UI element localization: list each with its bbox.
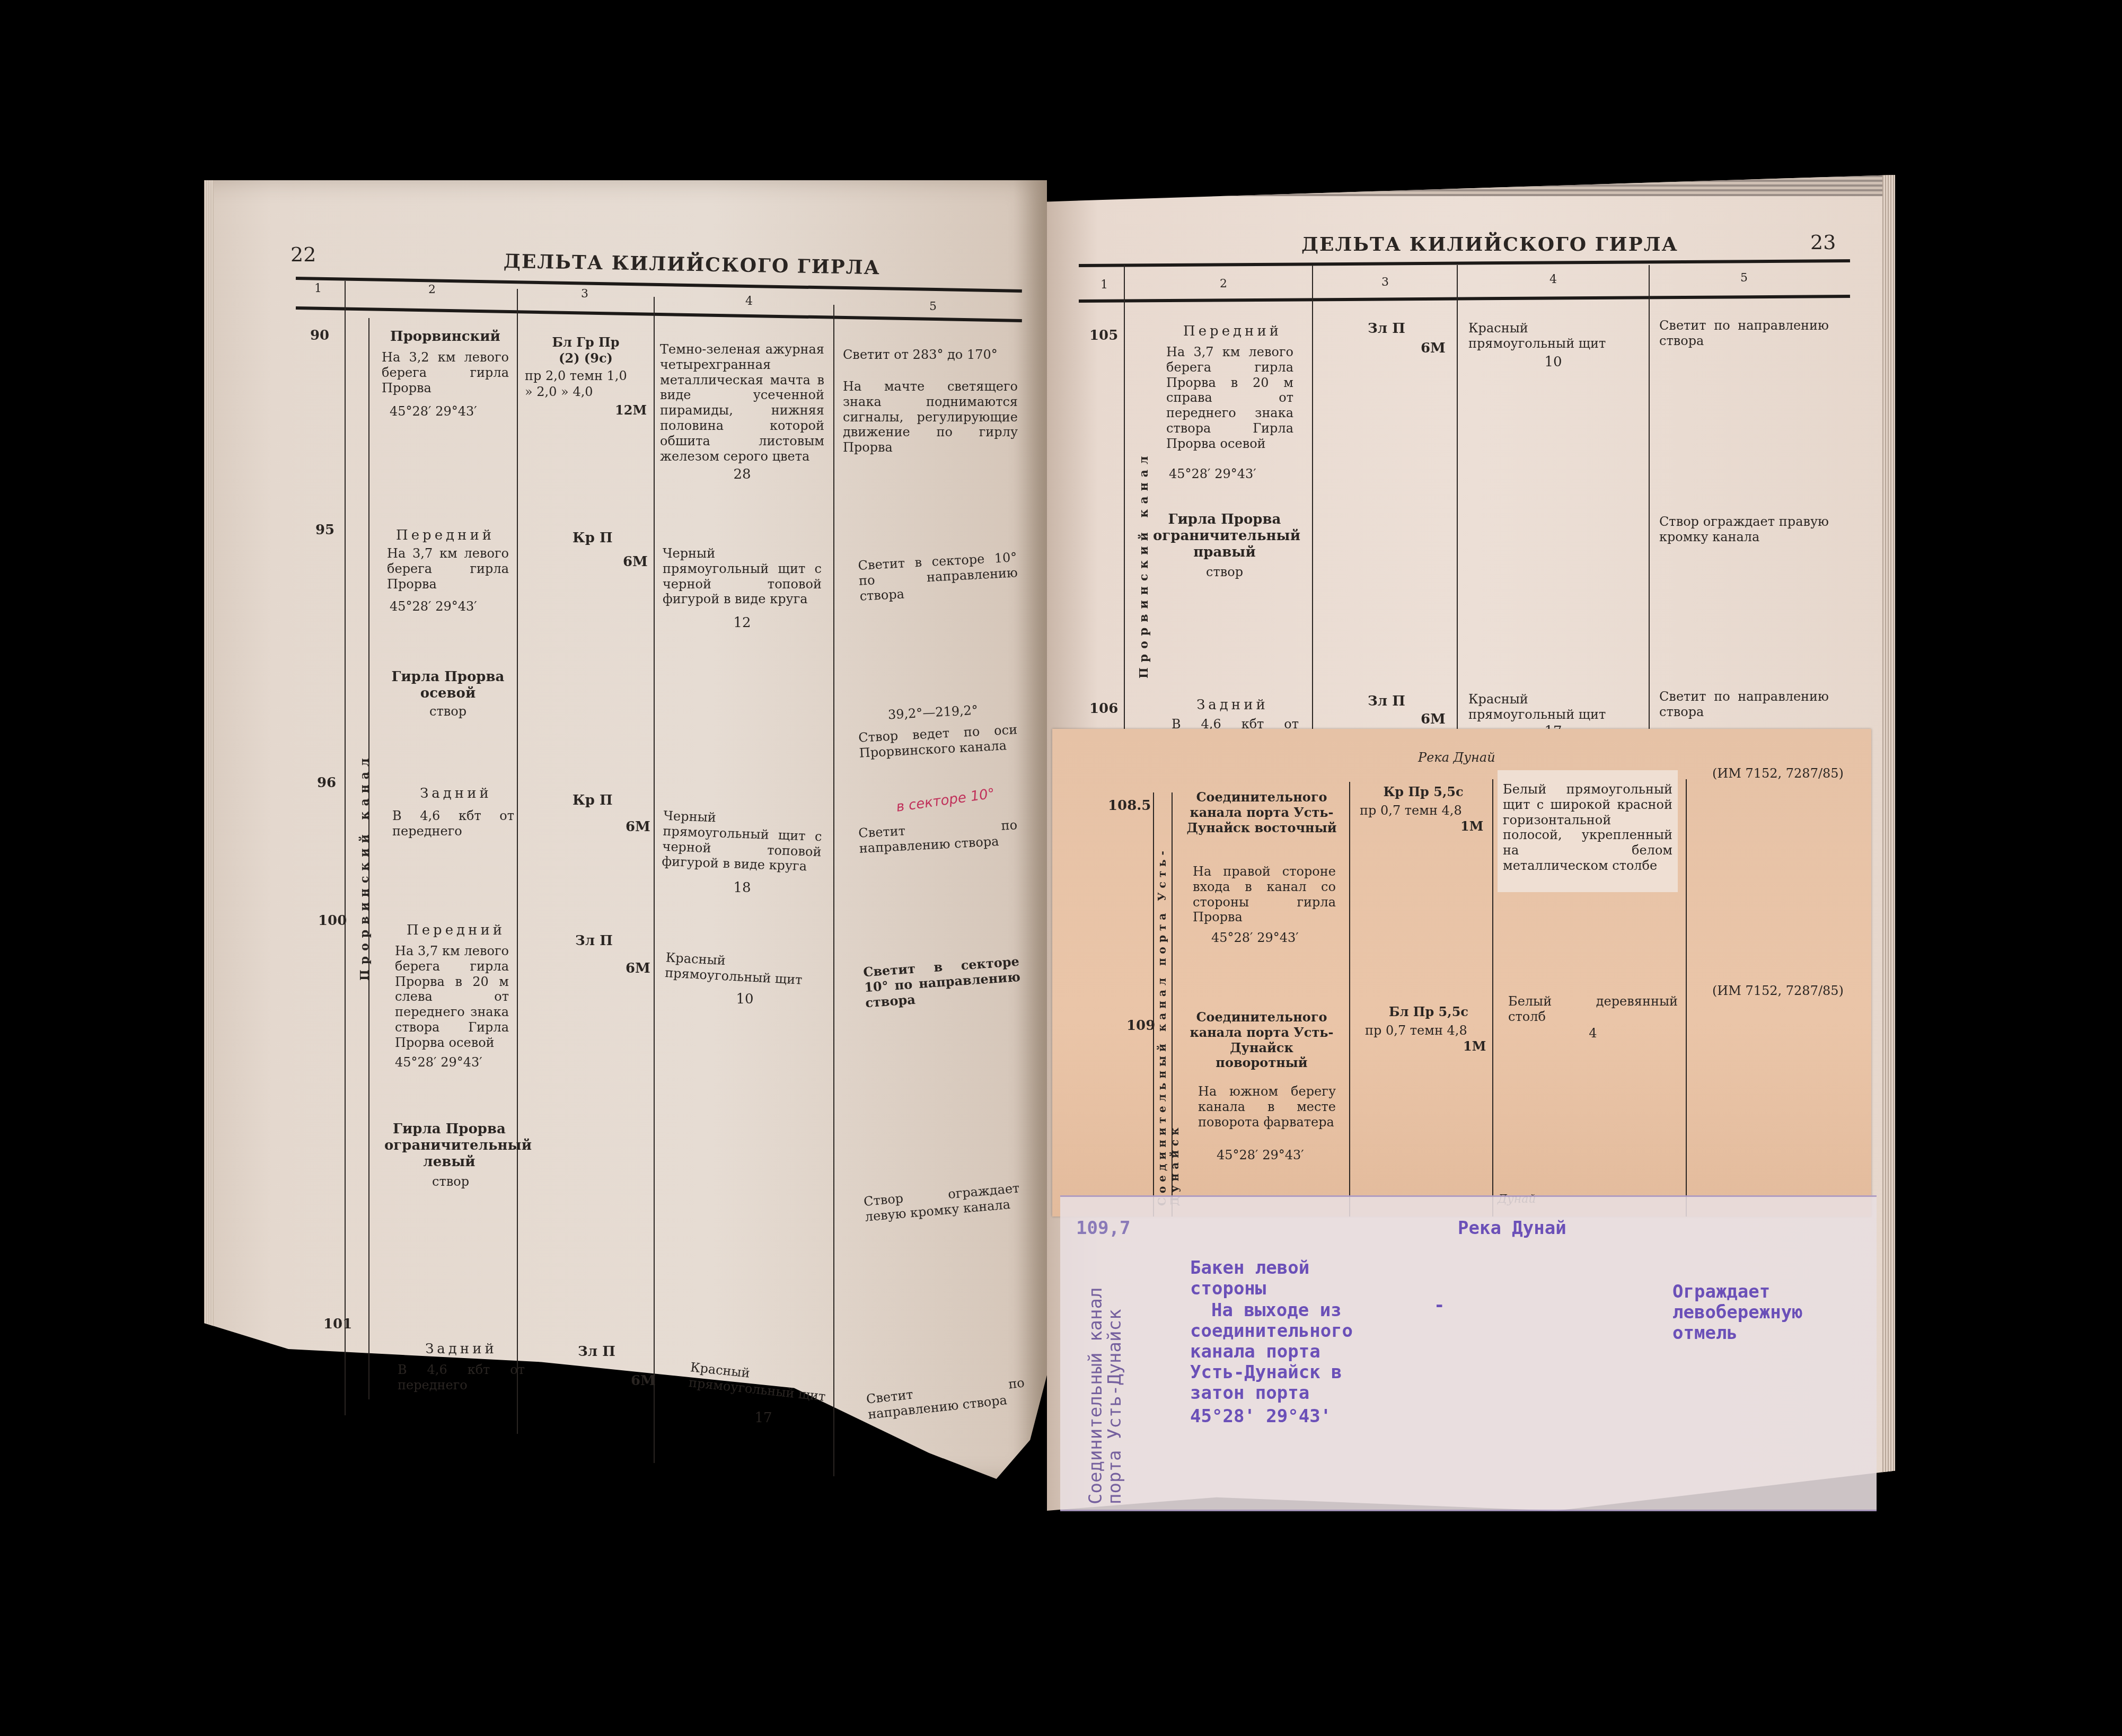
- column-divider: [1349, 782, 1350, 1217]
- section-label: Соединительный канал порта Усть-Дунайск: [1087, 1255, 1150, 1504]
- river-heading: Река Дунай: [1458, 1218, 1566, 1239]
- sign-name: Задний: [398, 1341, 525, 1358]
- column-divider: [1124, 265, 1125, 732]
- sign-name: Прорвинский: [382, 329, 509, 345]
- row-number: 90: [310, 328, 329, 343]
- column-divider: [833, 305, 834, 1476]
- river-heading: Река Дунай: [1418, 750, 1495, 765]
- light-characteristic: » 2,0 » 4,0: [525, 384, 652, 400]
- column-divider: [1153, 792, 1154, 1217]
- page-number-right: 23: [1810, 231, 1836, 254]
- row-number: 105: [1089, 328, 1118, 343]
- sign-height: 4: [1508, 1026, 1678, 1041]
- sign-location: На правой стороне входа в канал со сторо…: [1193, 864, 1336, 925]
- sign-name: Передний: [1166, 323, 1299, 340]
- coordinates: 45°28′ 29°43′: [390, 599, 512, 614]
- light-characteristic: пр 2,0 темн 1,0: [525, 368, 652, 384]
- sign-height: 10: [665, 991, 824, 1008]
- column-divider: [1649, 265, 1650, 732]
- page-stack-top: [1047, 175, 1895, 196]
- column-divider: [654, 297, 655, 1463]
- row-number: 96: [317, 775, 336, 791]
- section-label: Прорвинский канал: [358, 737, 372, 981]
- remark: Светит в секторе 10° по направлению ство…: [858, 550, 1019, 604]
- light-range: 6М: [626, 819, 650, 835]
- row-number: 109: [1126, 1018, 1155, 1034]
- light-characteristic: Бл Пр 5,5с: [1365, 1004, 1492, 1020]
- column-number: 2: [1213, 277, 1234, 290]
- light-range: 6М: [1421, 711, 1446, 728]
- light-range: 6М: [1421, 340, 1446, 357]
- coordinates: 45°28′ 29°43′: [395, 1055, 517, 1070]
- row-number: 100: [318, 913, 347, 929]
- remark: На мачте светящего знака поднимаются сиг…: [843, 379, 1018, 455]
- light-characteristic: (2) (9с): [522, 351, 649, 366]
- range-group-name: Гирла Прорва ограничительный правый: [1153, 512, 1296, 561]
- light-characteristic: Зл П: [1368, 693, 1405, 710]
- row-number: 109,7: [1076, 1218, 1130, 1239]
- coordinates: 45°28′ 29°43′: [390, 404, 512, 419]
- column-divider: [517, 289, 518, 1434]
- sign-name: Бакен левой стороны: [1190, 1258, 1354, 1299]
- range-group-type: створ: [1153, 565, 1296, 580]
- light-characteristic: Кр П: [573, 792, 612, 809]
- coordinates: 45°28' 29°43': [1190, 1406, 1365, 1427]
- column-divider: [1312, 265, 1313, 732]
- column-number: 3: [1375, 276, 1396, 289]
- range-group-name: Гирла Прорва ограничительный левый: [384, 1121, 514, 1171]
- column-divider: [345, 281, 346, 1415]
- remark: Светит от 283° до 170°: [843, 347, 1018, 363]
- light-range: 6М: [623, 554, 648, 570]
- row-number: 106: [1089, 701, 1118, 717]
- remark: Светит по направлению створа: [1659, 689, 1829, 720]
- light-characteristic: -: [1434, 1295, 1445, 1316]
- pasted-correction-slip: Река Дунай (ИМ 7152, 7287/85) Соединител…: [1052, 729, 1871, 1217]
- sign-location: На 3,7 км левого берега гирла Прорва в 2…: [1166, 345, 1293, 452]
- section-label: Прорвинский канал: [1137, 424, 1151, 678]
- light-characteristic: пр 0,7 темн 4,8: [1365, 1023, 1492, 1038]
- sign-location: В 4,6 кбт от переднего: [392, 808, 514, 839]
- column-number: 5: [922, 300, 944, 313]
- light-range: 6М: [626, 960, 650, 977]
- sign-description: Красный прямоугольный щит: [1468, 692, 1638, 722]
- sign-description: Белый деревянный столб: [1508, 994, 1678, 1025]
- sign-name: Передний: [382, 527, 509, 544]
- sign-height: 17: [684, 1410, 843, 1426]
- sign-description: Темно-зеленая ажурная четырехгранная мет…: [660, 342, 824, 464]
- sign-height: 10: [1468, 354, 1638, 371]
- notice-reference: (ИМ 7152, 7287/85): [1712, 983, 1844, 999]
- sign-location: На выходе из соединительного канала порт…: [1190, 1300, 1365, 1404]
- sign-name: Задний: [395, 786, 517, 802]
- sign-name: Соединительного канала порта Усть-Дунайс…: [1185, 790, 1339, 835]
- column-number: 4: [1543, 273, 1564, 286]
- sign-location: На 3,2 км левого берега гирла Прорва: [382, 350, 509, 395]
- open-book: 22 ДЕЛЬТА КИЛИЙСКОГО ГИРЛА 1 2 3 4 5 Про…: [0, 0, 2122, 1736]
- remark: Ограждает левобережную отмель: [1672, 1282, 1832, 1344]
- column-number: 5: [1733, 271, 1755, 285]
- sign-height: 12: [663, 615, 822, 631]
- column-divider: [1457, 265, 1458, 732]
- remark: Светит по направлению створа: [1659, 318, 1829, 349]
- sign-description: Красный прямоугольный щит: [1468, 321, 1638, 351]
- column-number: 1: [307, 282, 329, 295]
- column-number: 3: [574, 287, 595, 301]
- column-divider: [1686, 779, 1687, 1217]
- sign-location: На южном берегу канала в месте поворота …: [1198, 1084, 1336, 1130]
- sign-description: Черный прямоугольный щит с черной топово…: [662, 808, 823, 875]
- row-number: 108.5: [1108, 798, 1151, 814]
- sign-location: На 3,7 км левого берега гирла Прорва в 2…: [395, 944, 509, 1051]
- sign-height: 28: [660, 466, 824, 483]
- sign-name: Задний: [1166, 697, 1299, 713]
- notice-reference: (ИМ 7152, 7287/85): [1712, 766, 1844, 781]
- coordinates: 45°28′ 29°43′: [1211, 930, 1339, 946]
- row-number: 95: [315, 522, 334, 538]
- column-number: 2: [421, 283, 443, 296]
- light-characteristic: Зл П: [578, 1344, 615, 1360]
- light-characteristic: Бл Гр Пр: [522, 335, 649, 350]
- running-head-right: ДЕЛЬТА КИЛИЙСКОГО ГИРЛА: [1301, 233, 1678, 255]
- light-range: 12М: [615, 403, 647, 418]
- sign-location: В 4,6 кбт от переднего: [398, 1362, 525, 1393]
- column-number: 1: [1094, 278, 1115, 292]
- column-number: 4: [738, 295, 760, 308]
- sign-height: 18: [663, 880, 822, 896]
- sign-description: Белый прямоугольный щит с широкой красно…: [1503, 782, 1672, 874]
- sign-name: Передний: [392, 922, 520, 939]
- section-label: Соединительный канал порта Усть-Дунайск: [1156, 803, 1181, 1206]
- light-characteristic: пр 0,7 темн 4,8: [1360, 803, 1487, 818]
- page-stack-side: [1882, 175, 1895, 1511]
- range-group-type: створ: [387, 1174, 514, 1189]
- column-divider: [1492, 779, 1493, 1217]
- coordinates: 45°28′ 29°43′: [1169, 466, 1296, 482]
- light-characteristic: Кр Пр 5,5с: [1360, 785, 1487, 800]
- range-group-type: створ: [384, 704, 512, 719]
- light-characteristic: Зл П: [575, 933, 613, 949]
- light-range: 1М: [1460, 819, 1483, 834]
- light-characteristic: Кр П: [573, 530, 612, 547]
- row-number: 101: [323, 1316, 352, 1332]
- light-range: 6М: [631, 1373, 656, 1389]
- sign-location: На 3,7 км левого берега гирла Прорва: [387, 546, 509, 592]
- light-range: 1М: [1463, 1039, 1486, 1054]
- light-characteristic: Зл П: [1368, 321, 1405, 337]
- page-number-left: 22: [290, 243, 316, 266]
- typewritten-correction-slip: 109,7 Соединительный канал порта Усть-Ду…: [1060, 1195, 1877, 1511]
- page-edge: [204, 180, 214, 1479]
- coordinates: 45°28′ 29°43′: [1217, 1148, 1344, 1163]
- sign-description: Черный прямоугольный щит с черной топово…: [663, 546, 822, 607]
- sign-name: Соединительного канала порта Усть-Дунайс…: [1185, 1010, 1339, 1071]
- remark: Створ ограждает правую кромку канала: [1659, 514, 1829, 545]
- range-group-name: Гирла Прорва осевой: [384, 669, 512, 702]
